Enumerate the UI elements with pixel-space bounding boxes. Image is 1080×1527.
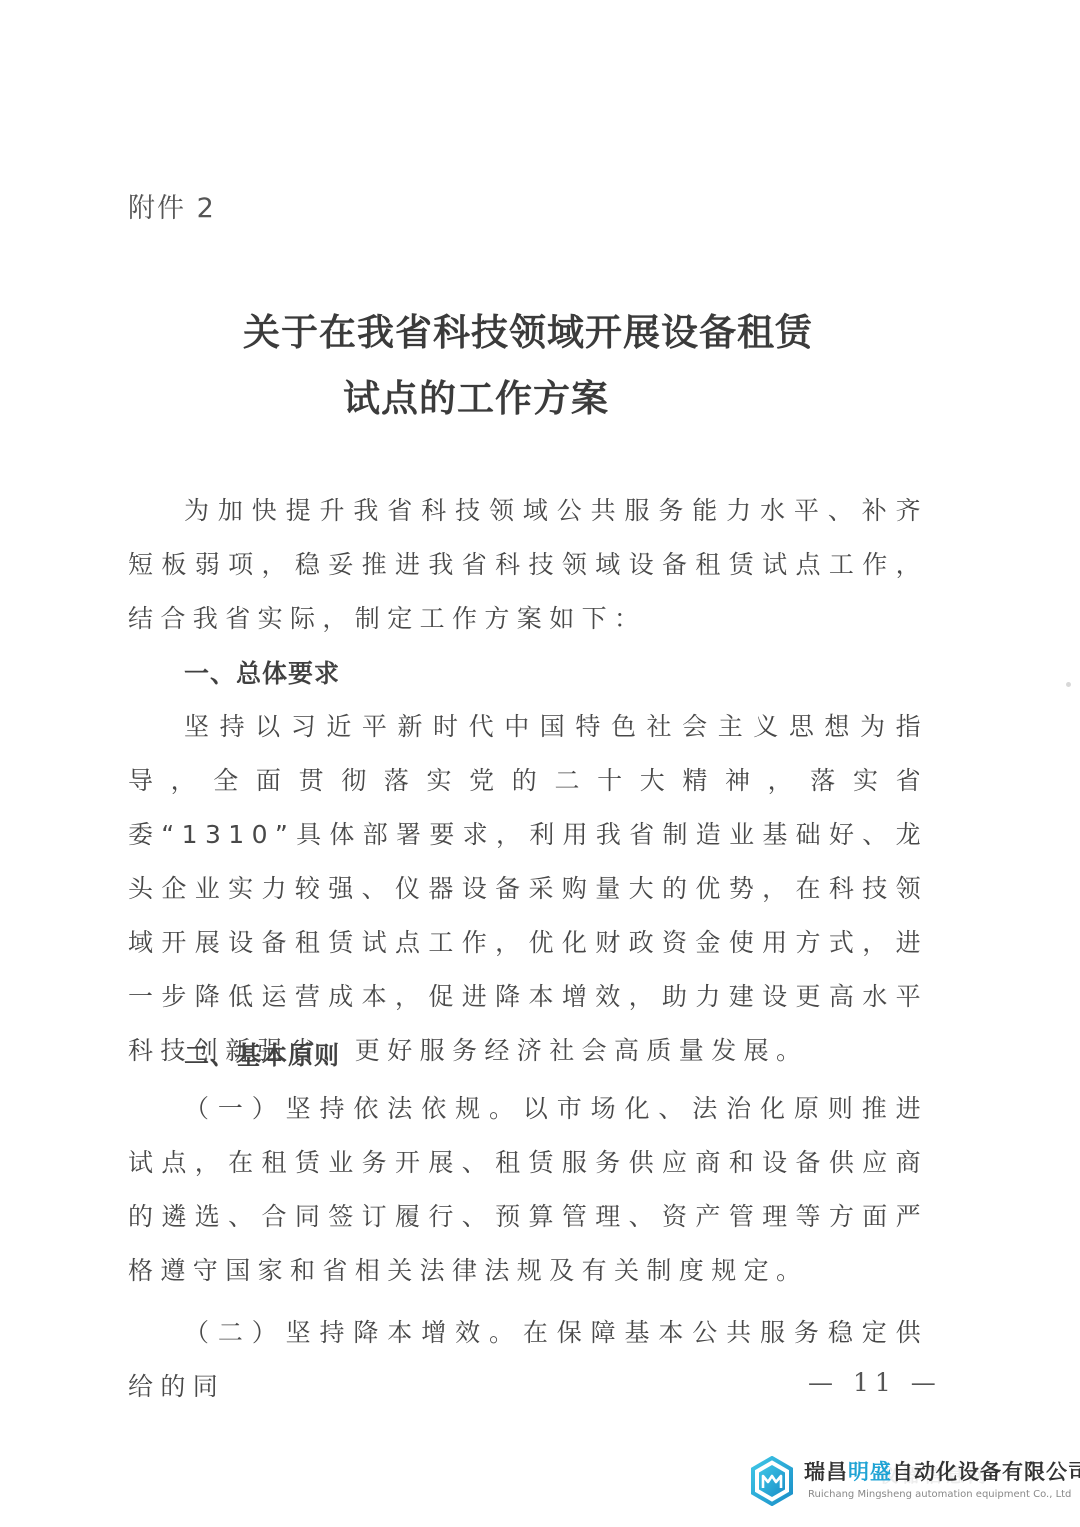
section-2-item-2-block: （二）坚持降本增效。在保障基本公共服务稳定供给的同: [128, 1306, 928, 1414]
company-name-cn: 瑞昌明盛自动化设备有限公司: [804, 1456, 1080, 1486]
section-1-block: 坚持以习近平新时代中国特色社会主义思想为指导，全面贯彻落实党的二十大精神，落实省…: [128, 700, 928, 1078]
document-title-line-2: 试点的工作方案: [0, 368, 1016, 422]
section-2-item-1: （一）坚持依法依规。以市场化、法治化原则推进试点，在租赁业务开展、租赁服务供应商…: [128, 1082, 928, 1298]
intro-paragraph-block: 为加快提升我省科技领域公共服务能力水平、补齐短板弱项，稳妥推进我省科技领域设备租…: [128, 484, 928, 646]
attachment-label: 附件 2: [128, 186, 216, 225]
page-number: — 11 —: [808, 1368, 942, 1397]
company-name-highlight: 明盛: [848, 1460, 892, 1484]
section-2-item-1-block: （一）坚持依法依规。以市场化、法治化原则推进试点，在租赁业务开展、租赁服务供应商…: [128, 1082, 928, 1298]
company-branding: 瑞昌明盛自动化设备有限公司 Ruichang Mingsheng automat…: [750, 1452, 1080, 1527]
document-page: 附件 2 关于在我省科技领域开展设备租赁 试点的工作方案 为加快提升我省科技领域…: [0, 0, 1080, 1527]
company-name-en: Ruichang Mingsheng automation equipment …: [808, 1489, 1071, 1500]
document-title-line-1: 关于在我省科技领域开展设备租赁: [0, 302, 1068, 356]
scan-speck: [1066, 682, 1071, 687]
section-1-paragraph: 坚持以习近平新时代中国特色社会主义思想为指导，全面贯彻落实党的二十大精神，落实省…: [128, 700, 928, 1078]
section-2-heading: 二、基本原则: [184, 1036, 340, 1072]
hexagon-mm-logo-icon: [750, 1456, 794, 1506]
intro-paragraph: 为加快提升我省科技领域公共服务能力水平、补齐短板弱项，稳妥推进我省科技领域设备租…: [128, 484, 928, 646]
company-name-suffix: 自动化设备有限公司: [892, 1460, 1080, 1484]
company-name-prefix: 瑞昌: [804, 1460, 848, 1484]
section-1-heading: 一、总体要求: [184, 654, 340, 690]
section-2-item-2: （二）坚持降本增效。在保障基本公共服务稳定供给的同: [128, 1306, 928, 1414]
